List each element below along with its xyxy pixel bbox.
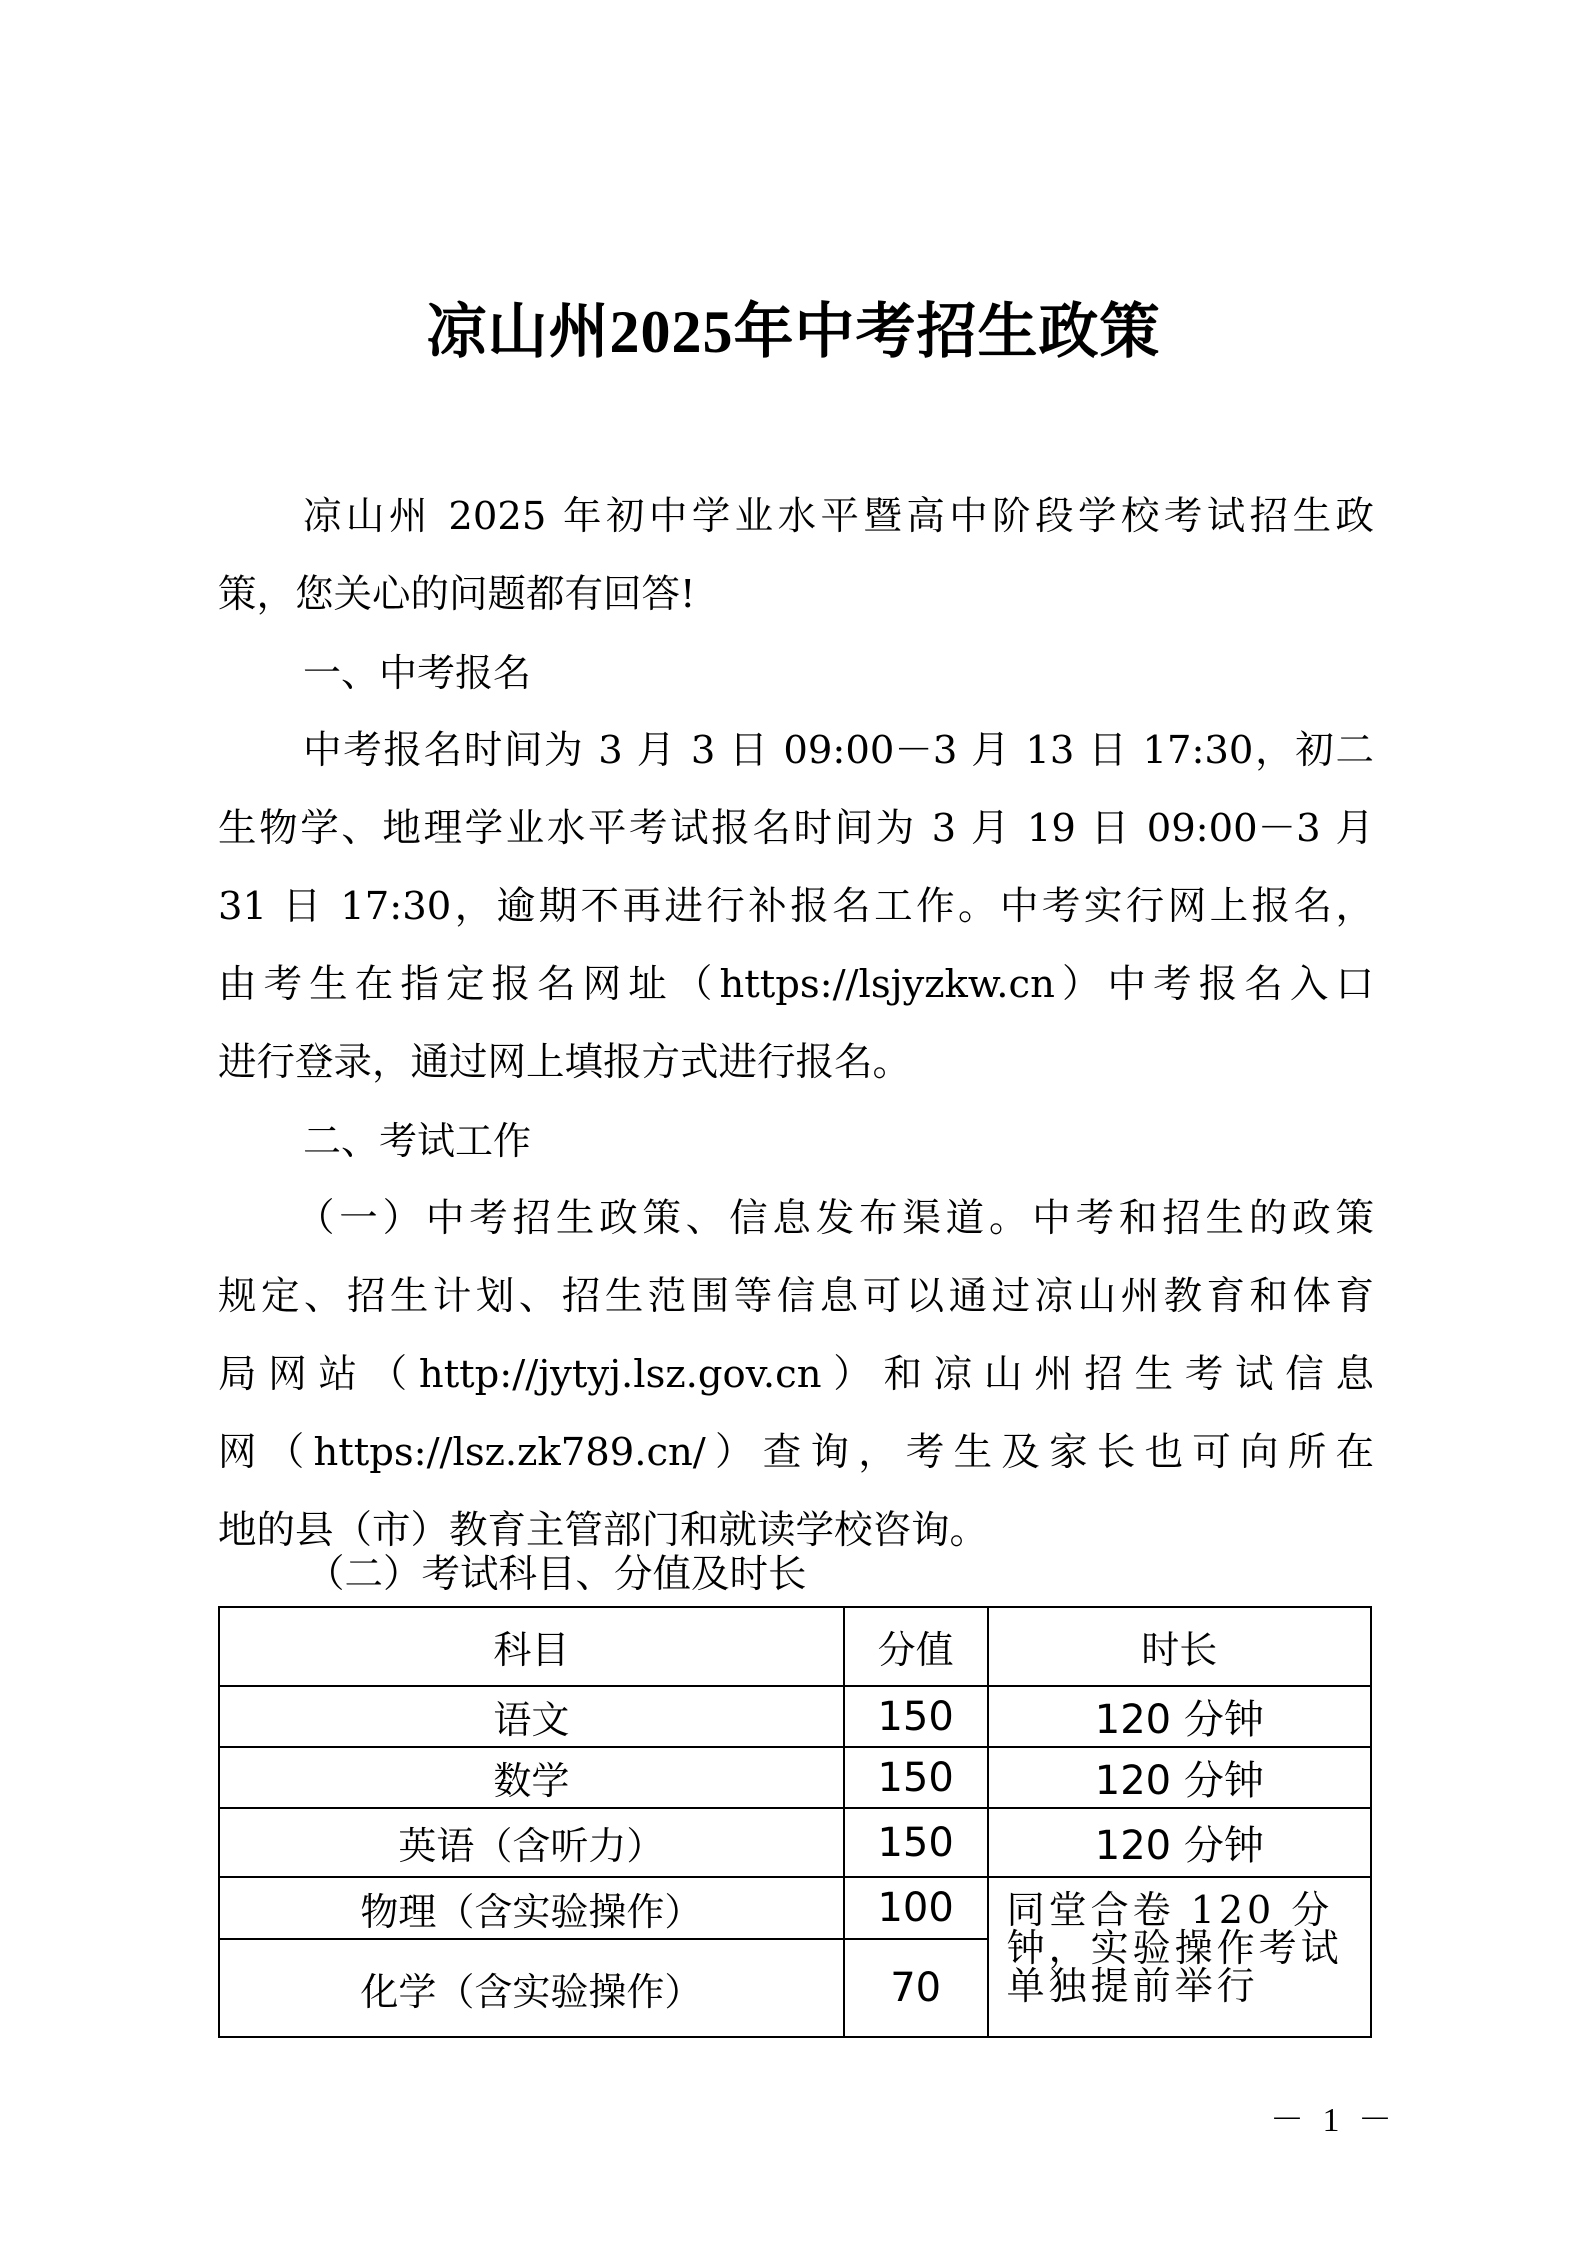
paragraph-line: 31 日 17:30，逾期不再进行补报名工作。中考实行网上报名，: [218, 868, 1374, 946]
table-row: 英语（含听力） 150 120 分钟: [219, 1808, 1371, 1877]
paragraph-line: （一）中考招生政策、信息发布渠道。中考和招生的政策: [218, 1180, 1374, 1258]
registration-paragraph-end: 进行登录，通过网上填报方式进行报名。: [218, 1024, 1374, 1102]
cell-score: 100: [844, 1877, 988, 1939]
cell-subject: 化学（含实验操作）: [219, 1939, 844, 2037]
cell-duration: 120 分钟: [988, 1686, 1371, 1747]
paragraph-line: 规定、招生计划、招生范围等信息可以通过凉山州教育和体育: [218, 1258, 1374, 1336]
intro-paragraph-end: 策，您关心的问题都有回答!: [218, 556, 1374, 634]
exam-subjects-table: 科目 分值 时长 语文 150 120 分钟 数学 150 120 分钟 英语（…: [218, 1606, 1372, 2038]
header-score: 分值: [844, 1607, 988, 1686]
cell-subject: 英语（含听力）: [219, 1808, 844, 1877]
paragraph-line: 进行登录，通过网上填报方式进行报名。: [218, 1024, 1374, 1102]
cell-merged-duration: 同堂合卷 120 分钟，实验操作考试单独提前举行: [988, 1877, 1371, 2037]
page-title: 凉山州2025年中考招生政策: [0, 292, 1587, 372]
cell-score: 70: [844, 1939, 988, 2037]
intro-paragraph: 凉山州 2025 年初中学业水平暨高中阶段学校考试招生政: [218, 478, 1374, 556]
paragraph-line: 由考生在指定报名网址（https://lsjyzkw.cn）中考报名入口: [218, 946, 1374, 1024]
section-heading-exam-work: 二、考试工作: [303, 1102, 531, 1180]
table-row: 语文 150 120 分钟: [219, 1686, 1371, 1747]
paragraph-line: 中考报名时间为 3 月 3 日 09:00－3 月 13 日 17:30，初二: [218, 712, 1374, 790]
cell-duration: 120 分钟: [988, 1747, 1371, 1808]
info-channels-paragraph: （一）中考招生政策、信息发布渠道。中考和招生的政策 规定、招生计划、招生范围等信…: [218, 1180, 1374, 1492]
table-header-row: 科目 分值 时长: [219, 1607, 1371, 1686]
header-subject: 科目: [219, 1607, 844, 1686]
page-number: － 1 －: [1270, 2092, 1392, 2141]
cell-subject: 语文: [219, 1686, 844, 1747]
cell-subject: 物理（含实验操作）: [219, 1877, 844, 1939]
cell-subject: 数学: [219, 1747, 844, 1808]
cell-score: 150: [844, 1747, 988, 1808]
intro-line: 凉山州 2025 年初中学业水平暨高中阶段学校考试招生政: [218, 478, 1374, 556]
paragraph-line: 生物学、地理学业水平考试报名时间为 3 月 19 日 09:00－3 月: [218, 790, 1374, 868]
paragraph-line: 网（https://lsz.zk789.cn/）查询，考生及家长也可向所在: [218, 1414, 1374, 1492]
cell-score: 150: [844, 1808, 988, 1877]
header-duration: 时长: [988, 1607, 1371, 1686]
registration-paragraph: 中考报名时间为 3 月 3 日 09:00－3 月 13 日 17:30，初二 …: [218, 712, 1374, 1024]
section-heading-registration: 一、中考报名: [303, 634, 531, 712]
table-row: 数学 150 120 分钟: [219, 1747, 1371, 1808]
table-row: 物理（含实验操作） 100 同堂合卷 120 分钟，实验操作考试单独提前举行: [219, 1877, 1371, 1939]
cell-duration: 120 分钟: [988, 1808, 1371, 1877]
subsection-heading-subjects: （二）考试科目、分值及时长: [306, 1545, 1106, 1605]
cell-score: 150: [844, 1686, 988, 1747]
intro-line: 策，您关心的问题都有回答!: [218, 556, 1374, 634]
paragraph-line: 局网站（http://jytyj.lsz.gov.cn）和凉山州招生考试信息: [218, 1336, 1374, 1414]
